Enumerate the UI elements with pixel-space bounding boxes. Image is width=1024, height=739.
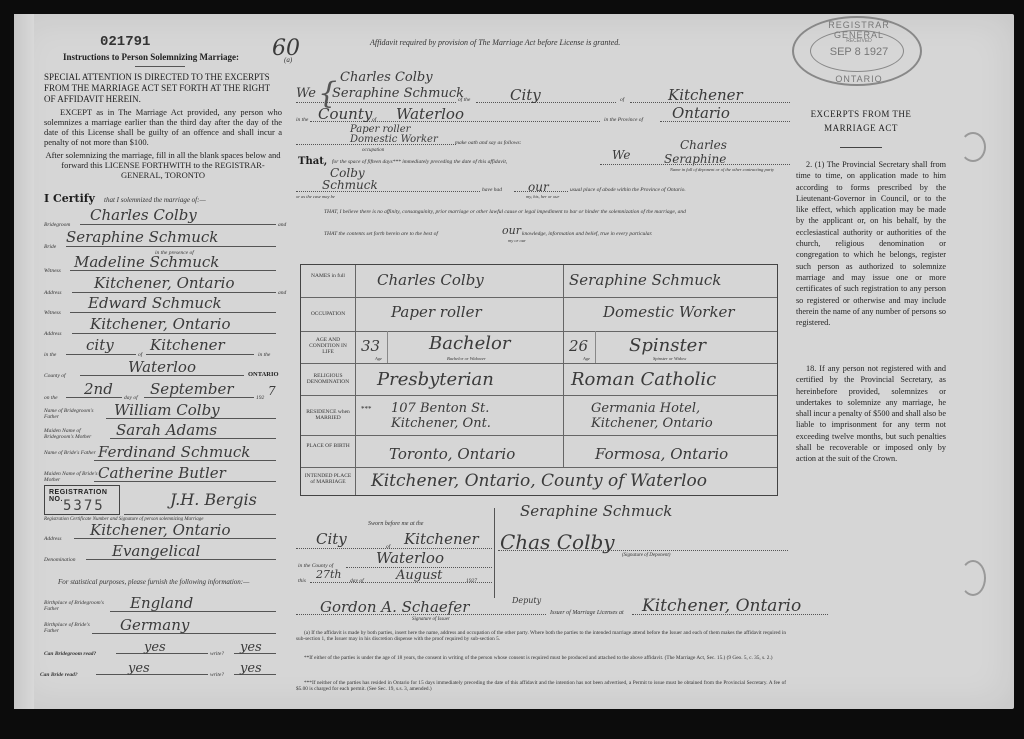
row-label-residence: RESIDENCE when MARRIED <box>303 409 353 421</box>
sworn-year: 1927 <box>466 578 477 584</box>
stamp-date: SEP 8 1927 <box>818 46 900 58</box>
on-the-label: on the <box>44 395 58 401</box>
occupation-caption: occupation <box>362 148 384 154</box>
impediment-text: THAT, I believe there is no affinity, co… <box>296 208 790 216</box>
field-line <box>72 292 276 293</box>
contents-text-a: THAT the contents set forth herein are t… <box>324 231 438 237</box>
field-line <box>66 246 276 247</box>
except-paragraph: EXCEPT as in The Marriage Act provided, … <box>44 107 282 147</box>
in-the-label: in the <box>296 117 308 123</box>
excerpts-divider <box>840 147 882 148</box>
bride-value: Seraphine Schmuck <box>66 228 218 246</box>
groom-name: Charles Colby <box>377 271 484 289</box>
year-prefix: 192 <box>256 395 264 401</box>
sworn-place-type: City <box>316 530 347 548</box>
bride-father-birthplace-value: Germany <box>120 616 189 634</box>
of-label: of <box>620 97 624 103</box>
bride-occupation: Domestic Worker <box>603 303 735 321</box>
groom-write-value: yes <box>240 640 262 655</box>
issuer-caption: Signature of Issuer <box>412 617 450 623</box>
bride-religion: Roman Catholic <box>571 369 716 390</box>
intended-place: Kitchener, Ontario, County of Waterloo <box>371 471 707 491</box>
bride-read-label: Can Bride read? <box>40 672 78 678</box>
bride-read-value: yes <box>128 661 150 676</box>
row-label-intended-place: INTENDED PLACE of MARRIAGE <box>303 473 353 485</box>
page-edge <box>14 14 34 709</box>
age-caption: Age <box>375 356 382 362</box>
denomination-label: Denomination <box>44 557 75 563</box>
certify-heading: I Certify <box>44 192 95 205</box>
bride-father-value: Ferdinand Schmuck <box>98 443 250 461</box>
pronoun-caption: my, his, her or our <box>526 194 559 200</box>
affidavit-deponent-1: Charles Colby <box>340 70 433 85</box>
table-row-divider <box>301 395 777 396</box>
punch-hole <box>960 560 986 596</box>
bride-write-value: yes <box>240 661 262 676</box>
serial-number: 021791 <box>100 34 150 50</box>
and-label: and <box>278 222 286 228</box>
particulars-table: NAMES in full Charles Colby Seraphine Sc… <box>300 264 778 496</box>
or-as-case: or as the case may be <box>296 194 335 200</box>
footnote-a: (a) If the affidavit is made by both par… <box>296 630 786 642</box>
residence-marker: *** <box>361 405 372 413</box>
excerpts-heading-1: EXCERPTS FROM THE <box>796 108 926 120</box>
stamp-bottom-text: ONTARIO <box>824 74 894 84</box>
sworn-divider <box>494 508 495 598</box>
field-line <box>296 191 480 192</box>
sworn-place-name: Kitchener <box>404 530 479 548</box>
table-row-divider <box>301 435 777 436</box>
bride-condition-caption: Spinster or Widow <box>653 356 686 362</box>
address-1-value: Kitchener, Ontario <box>94 274 235 292</box>
field-line <box>600 164 790 165</box>
officiant-address-label: Address <box>44 536 62 542</box>
sworn-this-label: this <box>298 578 306 584</box>
in-the-suffix: in the <box>258 352 270 358</box>
row-label-age: AGE AND CONDITION IN LIFE <box>303 337 353 355</box>
groom-write-label: write? <box>210 651 224 657</box>
province-label: ONTARIO <box>248 371 279 378</box>
officiant-address-value: Kitchener, Ontario <box>90 521 231 539</box>
bride-label: Bride <box>44 244 56 250</box>
excerpts-heading-2: MARRIAGE ACT <box>796 122 926 134</box>
abode-pronoun: our <box>528 180 549 194</box>
bride-residence: Germania Hotel, Kitchener, Ontario <box>591 401 771 431</box>
bride-father-birthplace-label: Birthplace of Bride's Father <box>44 622 94 634</box>
day-value: 2nd <box>84 380 113 398</box>
groom-religion: Presbyterian <box>377 369 494 390</box>
affidavit-title: Affidavit required by provision of The M… <box>370 38 620 47</box>
sworn-month: August <box>396 568 442 583</box>
county-label: County of <box>44 373 66 379</box>
witness-1-value: Madeline Schmuck <box>74 253 219 271</box>
divider <box>135 66 185 67</box>
sworn-day-of: day of <box>350 578 364 584</box>
contents-pronoun: our <box>502 224 521 237</box>
groom-read-value: yes <box>144 640 166 655</box>
excerpt-section-18: 18. If any person not registered with an… <box>796 363 946 465</box>
month-value: September <box>150 380 234 398</box>
witness-2-label: Witness <box>44 310 61 316</box>
table-divider <box>563 265 564 467</box>
deponent-signature-bride: Seraphine Schmuck <box>520 502 672 520</box>
cell-divider <box>387 331 388 363</box>
bride-age: 26 <box>569 337 588 355</box>
table-row-divider <box>301 363 777 364</box>
witness-2-value: Edward Schmuck <box>88 294 222 312</box>
groom-father-value: William Colby <box>114 401 220 419</box>
sworn-day: 27th <box>316 568 342 581</box>
have-had: have had <box>482 187 502 193</box>
bridegroom-value: Charles Colby <box>90 206 197 224</box>
statistical-note: For statistical purposes, please furnish… <box>44 578 280 586</box>
issuer-text: Issuer of Marriage Licenses at <box>550 610 624 616</box>
bride-birthplace: Formosa, Ontario <box>595 445 728 463</box>
punch-hole <box>960 132 986 162</box>
footnote-double-star: **If either of the parties is under the … <box>296 655 786 661</box>
field-line <box>80 224 276 225</box>
deponent-caption: (Signature of Deponent) <box>622 553 670 559</box>
oath-text: make oath and say as follows: <box>455 140 521 146</box>
field-line <box>70 312 276 313</box>
row-label-occupation: OCCUPATION <box>303 311 353 317</box>
registrar-stamp: REGISTRAR GENERAL RECEIVED SEP 8 1927 ON… <box>792 16 922 86</box>
footnote-triple-star: ***If neither of the parties has resided… <box>296 680 786 692</box>
stamp-top-text: REGISTRAR GENERAL <box>814 20 904 40</box>
bride-mother-value: Catherine Butler <box>98 464 226 482</box>
groom-read-label: Can Bridegroom read? <box>44 651 96 657</box>
bride-name: Seraphine Schmuck <box>569 271 721 289</box>
after-paragraph: After solemnizing the marriage, fill in … <box>44 150 282 180</box>
surname-2: Schmuck <box>322 178 378 192</box>
groom-residence: 107 Benton St. Kitchener, Ont. <box>391 401 541 431</box>
name-caption: Name in full of deponent or of the other… <box>670 167 774 173</box>
county-of-label: of <box>372 117 376 123</box>
groom-condition: Bachelor <box>429 333 510 354</box>
that-we: We <box>612 148 630 162</box>
in-the-label: in the <box>44 352 56 358</box>
table-row-divider <box>301 297 777 298</box>
affidavit-county-type: County <box>318 105 372 123</box>
table-row-divider <box>301 467 777 468</box>
address-1-label: Address <box>44 290 62 296</box>
denomination-value: Evangelical <box>112 542 200 560</box>
cell-divider <box>595 331 596 363</box>
row-label-names: NAMES in full <box>303 273 353 279</box>
groom-occupation: Paper roller <box>391 303 482 321</box>
bride-father-label: Name of Bride's Father <box>44 450 100 456</box>
stamp-middle-text: RECEIVED <box>822 38 896 44</box>
county-value: Waterloo <box>128 358 196 376</box>
that-name-1: Charles <box>680 138 727 152</box>
municipality-type-value: city <box>86 336 114 354</box>
affidavit-we: We <box>296 86 316 101</box>
field-line <box>124 514 276 515</box>
age-caption: Age <box>583 356 590 362</box>
certify-text: that I solemnized the marriage of:— <box>104 196 206 204</box>
field-line <box>296 102 456 103</box>
usual-place-text: usual place of abode within the Province… <box>570 187 686 193</box>
of-the-label: of the <box>458 97 470 103</box>
affidavit-municipality-name: Kitchener <box>668 86 743 104</box>
groom-mother-value: Sarah Adams <box>116 421 217 439</box>
sworn-before: Sworn before me at the <box>368 521 423 527</box>
table-row-divider <box>301 331 777 332</box>
groom-birthplace: Toronto, Ontario <box>389 445 515 463</box>
contents-caption: my or our <box>508 238 526 244</box>
affidavit-deponent-2: Seraphine Schmuck <box>332 86 464 101</box>
that-heading: That, <box>298 156 327 167</box>
fifteen-days-text: for the space of fifteen days*** immedia… <box>332 159 507 165</box>
issuer-deputy: Deputy <box>512 596 541 605</box>
witness-1-label: Witness <box>44 268 61 274</box>
address-2-label: Address <box>44 331 62 337</box>
registration-box: REGISTRATION NO. 5375 <box>44 485 120 515</box>
bride-condition: Spinster <box>629 335 706 356</box>
table-divider <box>355 265 356 495</box>
special-attention-text: SPECIAL ATTENTION IS DIRECTED TO THE EXC… <box>44 72 282 105</box>
field-line <box>296 614 546 615</box>
groom-father-label: Name of Bridegroom's Father <box>44 408 104 420</box>
officiant-signature: J.H. Bergis <box>170 490 257 509</box>
field-line <box>498 550 788 551</box>
excerpt-section-2: 2. (1) The Provincial Secretary shall fr… <box>796 159 946 328</box>
affidavit-county-name: Waterloo <box>396 105 464 123</box>
row-label-birthplace: PLACE OF BIRTH <box>303 443 353 449</box>
bride-mother-label: Maiden Name of Bride's Mother <box>44 471 100 483</box>
bride-write-label: write? <box>210 672 224 678</box>
field-line <box>476 102 616 103</box>
contents-text-b: knowledge, information and belief, true … <box>522 231 652 237</box>
groom-age: 33 <box>361 337 380 355</box>
and-label: and <box>278 290 286 296</box>
year-suffix: 7 <box>268 384 276 398</box>
groom-father-birthplace-label: Birthplace of Bridegroom's Father <box>44 600 106 612</box>
issuer-place: Kitchener, Ontario <box>642 596 801 616</box>
field-line <box>66 354 136 355</box>
affidavit-municipality-type: City <box>510 86 541 104</box>
handwritten-tag-suffix: (a) <box>284 56 292 64</box>
sworn-county-value: Waterloo <box>376 549 444 567</box>
instructions-title: Instructions to Person Solemnizing Marri… <box>63 52 239 62</box>
groom-father-birthplace-value: England <box>130 594 193 612</box>
affidavit-province: Ontario <box>672 104 730 122</box>
address-2-value: Kitchener, Ontario <box>90 315 231 333</box>
groom-condition-caption: Bachelor or Widower <box>447 356 486 362</box>
field-line <box>296 144 456 145</box>
municipality-name-value: Kitchener <box>150 336 225 354</box>
province-label: in the Province of <box>604 117 643 123</box>
field-line <box>72 333 276 334</box>
row-label-religion: RELIGIOUS DENOMINATION <box>303 373 353 385</box>
field-line <box>96 674 208 675</box>
field-line <box>146 354 254 355</box>
registration-number: 5375 <box>63 498 105 514</box>
groom-mother-label: Maiden Name of Bridegroom's Mother <box>44 428 110 440</box>
